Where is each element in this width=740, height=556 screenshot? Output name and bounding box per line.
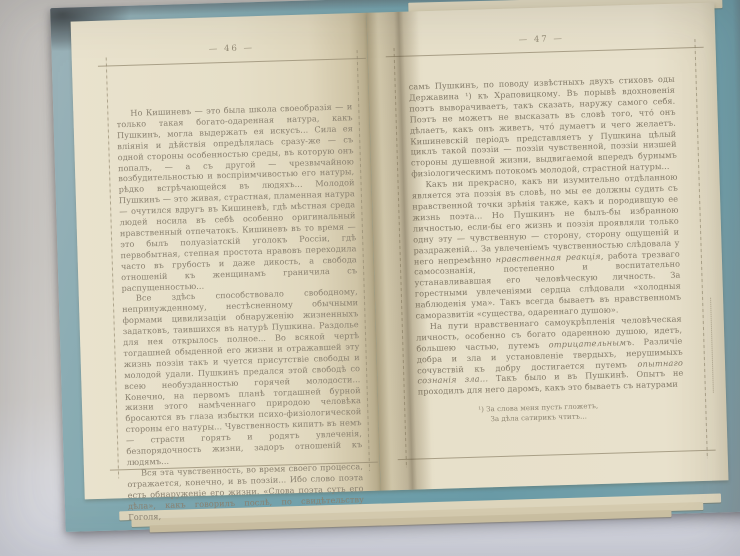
right-page: — 47 — самъ Пушкинъ, по поводу извѣстных…	[366, 2, 728, 490]
footnote: ¹) За слова меня пусть гложетъ,За дѣла с…	[478, 400, 684, 425]
paragraph: Но Кишиневъ — это была школа своеобразія…	[116, 101, 357, 293]
margin-vertical-mark	[710, 298, 714, 393]
photo-background: — 46 — Но Кишиневъ — это была школа свое…	[0, 0, 740, 556]
book-spread: — 46 — Но Кишиневъ — это была школа свое…	[38, 0, 740, 546]
left-page-number: — 46 —	[71, 40, 367, 59]
paragraph: На пути нравственнаго самоукрѣпленія чел…	[416, 314, 684, 398]
frame-line	[394, 48, 407, 468]
frame-line	[98, 58, 366, 67]
paragraph: Вся эта чувственность, во время своего п…	[127, 461, 365, 523]
left-page: — 46 — Но Кишиневъ — это была школа свое…	[71, 13, 381, 500]
paragraph: Все здѣсь способствовало свободному, неп…	[122, 287, 363, 468]
left-page-text: Но Кишиневъ — это была школа своеобразія…	[116, 101, 362, 464]
frame-line	[694, 39, 707, 459]
frame-line	[386, 47, 704, 57]
paragraph: самъ Пушкинъ, по поводу извѣстныхъ двухъ…	[409, 74, 678, 180]
right-page-text: самъ Пушкинъ, по поводу извѣстныхъ двухъ…	[409, 74, 686, 456]
paragraph: Какъ ни прекрасно, какъ ни изумительно о…	[411, 172, 681, 322]
right-page-number: — 47 —	[367, 29, 715, 49]
